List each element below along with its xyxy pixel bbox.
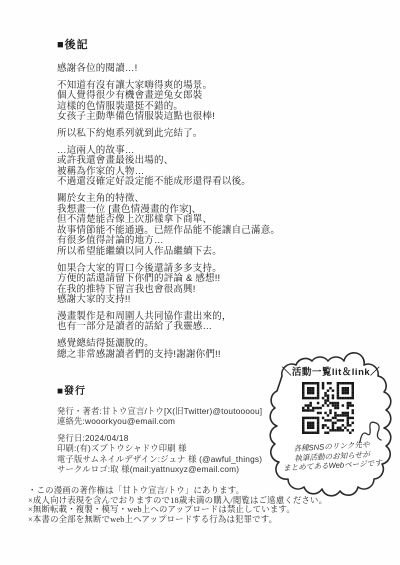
afterword-page: ■後記 感謝各位的閱讀…! 不知道有沒有讓大家嗨得爽的場景。 個人覺得很少有機會…: [0, 0, 400, 565]
afterword-heading: ■後記: [57, 36, 309, 52]
qr-panel: ＼活動一覧lit＆link／ 各種SNSのリンク先や 執筆活動のお知らせが まと…: [268, 350, 394, 500]
afterword-paragraph-1: 感謝各位的閱讀…!: [57, 64, 309, 75]
afterword-paragraph-5: 關於女主角的特徵、 我想畫一位 [畫色情漫畫的作家]、 但不清楚能否像上次那樣拿…: [57, 194, 309, 258]
afterword-paragraph-7: 漫畫製作是和周圍人共同協作畫出來的， 也有一部分是讀者的話給了我靈感…: [57, 312, 309, 333]
qr-code-icon: [302, 382, 354, 434]
afterword-paragraph-4: …這兩人的故事… 或許我還會畫最後出場的、 被稱為作家的人物… 不過還沒確定好設…: [57, 146, 309, 188]
afterword-paragraph-2: 不知道有沒有讓大家嗨得爽的場景。 個人覺得很少有機會畫逆兔女郎裝 這樣的色情服裝…: [57, 81, 309, 123]
afterword-paragraph-3: 所以私下約炮系列就到此完結了。: [57, 129, 309, 140]
qr-panel-title: ＼活動一覧lit＆link／: [268, 364, 394, 378]
qr-panel-note: 各種SNSのリンク先や 執筆活動のお知らせが まとめてあるWebページです: [275, 439, 388, 473]
afterword-section: ■後記 感謝各位的閱讀…! 不知道有沒有讓大家嗨得爽的場景。 個人覺得很少有機會…: [57, 36, 309, 366]
afterword-paragraph-6: 如果合大家的胃口今後還請多多支持。 方便的話還請留下你們的評論 & 感想!! 在…: [57, 264, 309, 306]
